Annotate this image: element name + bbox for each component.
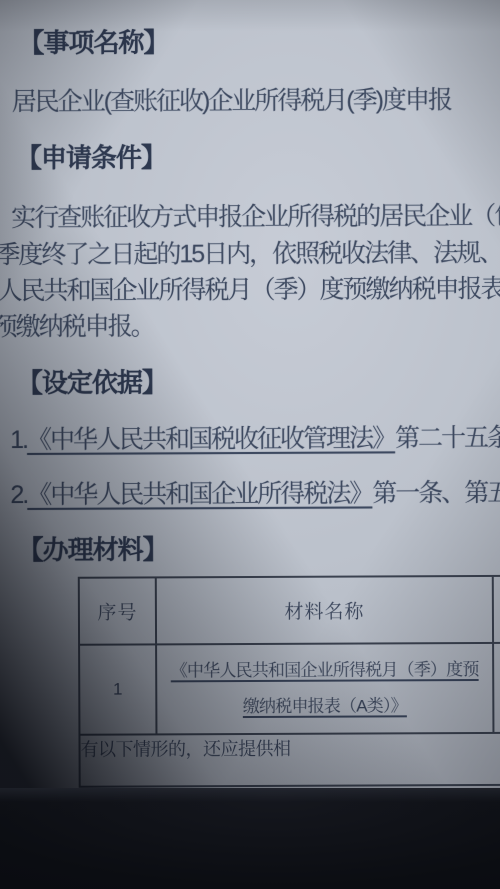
basis-item-2-articles: 第一条、第五十 xyxy=(372,479,500,508)
law-link-tax-collection-law[interactable]: 《中华人民共和国税收征收管理法》 xyxy=(27,424,395,454)
conditions-paragraph-line-4: 预缴纳税申报。 xyxy=(0,306,154,343)
materials-table-header-row: 序号 材料名称 xyxy=(79,575,500,645)
basis-item-1-articles: 第二十五条第 xyxy=(395,424,500,453)
section-heading-item-name: 【事项名称】 xyxy=(18,22,168,60)
conditions-paragraph-line-3: 人民共和国企业所得税月（季）度预缴纳税申报表（ xyxy=(0,269,500,307)
basis-item-1-index: 1. xyxy=(10,426,27,454)
item-name-value: 居民企业(查账征收)企业所得税月(季)度申报 xyxy=(12,80,451,118)
basis-item-1: 1.《中华人民共和国税收征收管理法》第二十五条第 xyxy=(10,418,500,456)
column-header-offscreen xyxy=(493,575,500,643)
row-1-material-name: 《中华人民共和国企业所得税月（季）度预 缴纳税申报表（A类）》 xyxy=(156,643,493,734)
document-content: 【事项名称】 居民企业(查账征收)企业所得税月(季)度申报 【申请条件】 实行查… xyxy=(0,0,500,788)
table-note-row: 有以下情形的，还应提供相 xyxy=(79,732,500,787)
table-note-text: 有以下情形的，还应提供相 xyxy=(79,732,500,787)
law-link-enterprise-income-tax-law[interactable]: 《中华人民共和国企业所得税法》 xyxy=(27,479,372,509)
column-header-material-name: 材料名称 xyxy=(156,576,493,644)
document-screen: 【事项名称】 居民企业(查账征收)企业所得税月(季)度申报 【申请条件】 实行查… xyxy=(0,0,500,788)
section-heading-conditions: 【申请条件】 xyxy=(16,137,166,175)
basis-item-2-index: 2. xyxy=(10,481,27,509)
row-1-offscreen-cell xyxy=(493,642,500,733)
table-row: 1 《中华人民共和国企业所得税月（季）度预 缴纳税申报表（A类）》 xyxy=(79,642,500,735)
material-doc-link-line-2[interactable]: 缴纳税申报表（A类）》 xyxy=(157,688,492,725)
material-doc-link-line-1[interactable]: 《中华人民共和国企业所得税月（季）度预 xyxy=(157,644,492,689)
section-heading-materials: 【办理材料】 xyxy=(18,529,168,567)
conditions-paragraph-line-2: 季度终了之日起的15日内，依照税收法律、法规、规 xyxy=(0,233,500,271)
section-heading-basis: 【设定依据】 xyxy=(17,362,167,400)
basis-item-2: 2.《中华人民共和国企业所得税法》第一条、第五十 xyxy=(10,473,500,511)
column-header-seq: 序号 xyxy=(79,577,156,644)
row-1-seq: 1 xyxy=(79,644,156,734)
photo-of-screen: 【事项名称】 居民企业(查账征收)企业所得税月(季)度申报 【申请条件】 实行查… xyxy=(0,0,500,889)
materials-table: 序号 材料名称 1 《中华人民共和国企业所得税月（季）度预 缴纳税申报表（A类）… xyxy=(78,574,500,788)
conditions-paragraph-line-1: 实行查账征收方式申报企业所得税的居民企业（包 xyxy=(11,196,500,234)
screen-bezel-dark-area xyxy=(0,788,500,889)
